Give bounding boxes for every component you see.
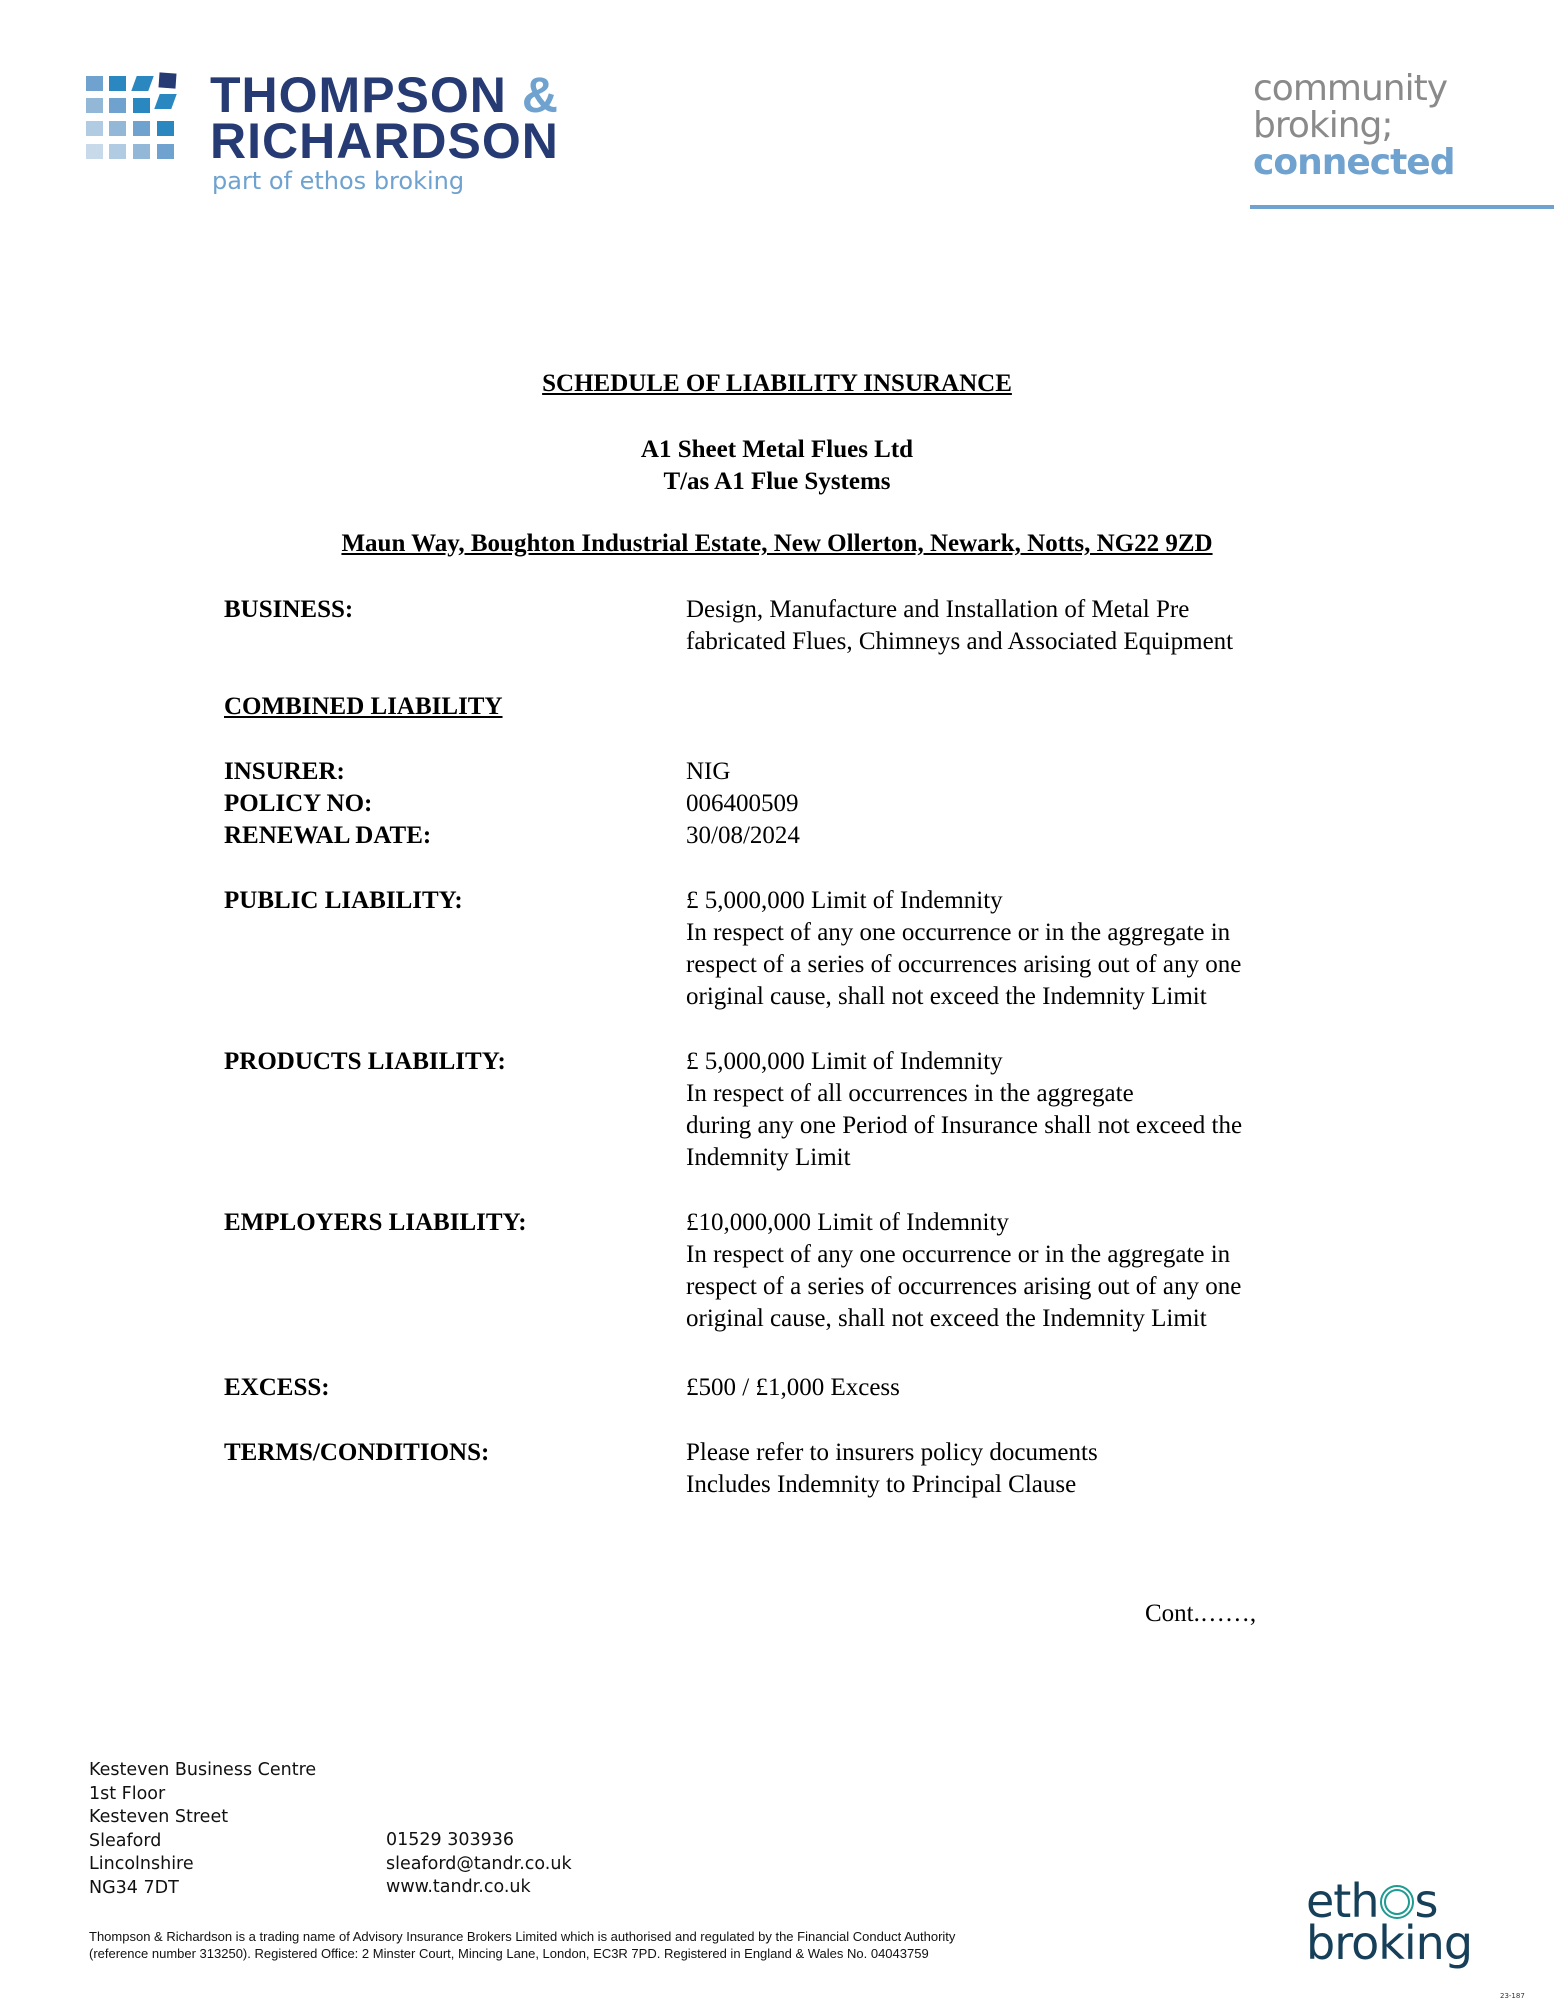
business-label: BUSINESS:: [224, 594, 353, 626]
excess-value: £500 / £1,000 Excess: [686, 1372, 1346, 1404]
policy-no-label: POLICY NO:: [224, 788, 372, 820]
excess-label: EXCESS:: [224, 1372, 330, 1404]
public-liability-value: £ 5,000,000 Limit of Indemnity In respec…: [686, 885, 1346, 1013]
section-heading-combined-liability: COMBINED LIABILITY: [224, 691, 503, 723]
document-title: SCHEDULE OF LIABILITY INSURANCE: [0, 368, 1554, 400]
company-logo-subline: part of ethos broking: [212, 168, 464, 194]
insurer-label: INSURER:: [224, 756, 345, 788]
insured-address: Maun Way, Boughton Industrial Estate, Ne…: [0, 528, 1554, 560]
footer-contact: 01529 303936 sleaford@tandr.co.uk www.ta…: [386, 1829, 572, 1900]
products-liability-label: PRODUCTS LIABILITY:: [224, 1046, 506, 1078]
products-liability-value: £ 5,000,000 Limit of Indemnity In respec…: [686, 1046, 1346, 1174]
footer-address: Kesteven Business Centre 1st Floor Keste…: [89, 1759, 316, 1900]
business-value: Design, Manufacture and Installation of …: [686, 594, 1346, 658]
terms-label: TERMS/CONDITIONS:: [224, 1437, 489, 1469]
footer-website[interactable]: www.tandr.co.uk: [386, 1876, 572, 1900]
company-logo-wordmark: THOMPSON & RICHARDSON: [210, 72, 559, 164]
legal-disclaimer: Thompson & Richardson is a trading name …: [89, 1928, 955, 1962]
policy-no-value: 006400509: [686, 788, 1346, 820]
continued-marker: Cont.……,: [1145, 1600, 1256, 1628]
fingerprint-icon: [1380, 1885, 1414, 1919]
document-reference: 23-187: [1500, 1992, 1525, 2000]
insured-name-block: A1 Sheet Metal Flues Ltd T/as A1 Flue Sy…: [0, 434, 1554, 498]
company-logo-mark: [86, 76, 186, 162]
renewal-date-label: RENEWAL DATE:: [224, 820, 431, 852]
public-liability-label: PUBLIC LIABILITY:: [224, 885, 463, 917]
renewal-date-value: 30/08/2024: [686, 820, 1346, 852]
tagline: community broking; connected: [1253, 70, 1454, 181]
employers-liability-label: EMPLOYERS LIABILITY:: [224, 1207, 527, 1239]
trading-as: T/as A1 Flue Systems: [0, 466, 1554, 498]
company-name: A1 Sheet Metal Flues Ltd: [0, 434, 1554, 466]
employers-liability-value: £10,000,000 Limit of Indemnity In respec…: [686, 1207, 1346, 1335]
ethos-broking-logo: eths broking: [1306, 1880, 1472, 1964]
insurer-value: NIG: [686, 756, 1346, 788]
tagline-divider: [1250, 205, 1554, 209]
footer-phone: 01529 303936: [386, 1829, 572, 1853]
terms-value: Please refer to insurers policy document…: [686, 1437, 1346, 1501]
footer-email[interactable]: sleaford@tandr.co.uk: [386, 1853, 572, 1877]
